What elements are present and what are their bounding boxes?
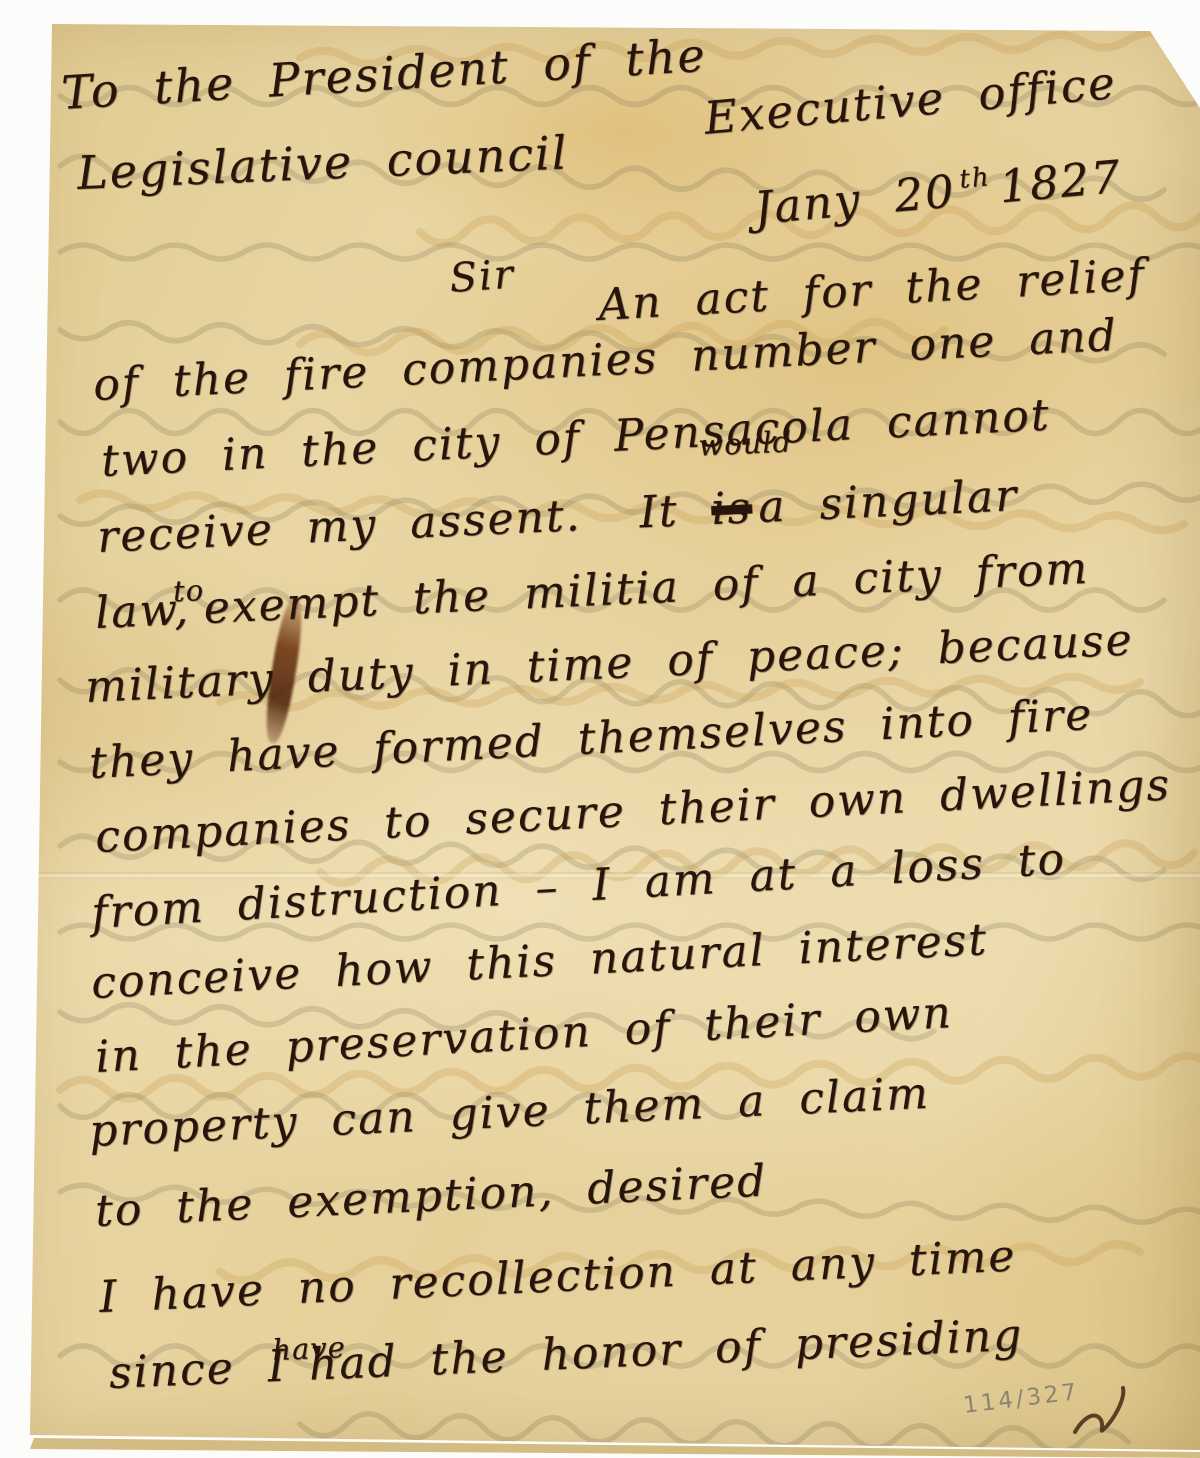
insert-wrap-have: have (288, 1380, 310, 1381)
struck-word: is (710, 482, 753, 535)
strikeout-wrap: iswould (710, 483, 726, 535)
salutation: Sir (448, 251, 516, 301)
date-year: 1827 (997, 150, 1124, 213)
insert-wrap-to: to (190, 623, 204, 624)
assent-it: It (638, 486, 679, 539)
date-ordinal-superscript: th (958, 162, 992, 195)
inserted-word-would: would (698, 424, 793, 462)
letter-page: To the President of the Legislative coun… (0, 0, 1200, 1458)
letter-scan: To the President of the Legislative coun… (0, 0, 1200, 1458)
inserted-word-to: to (172, 573, 205, 608)
inserted-word-have: have (272, 1330, 347, 1367)
since-text: since I (108, 1341, 288, 1399)
